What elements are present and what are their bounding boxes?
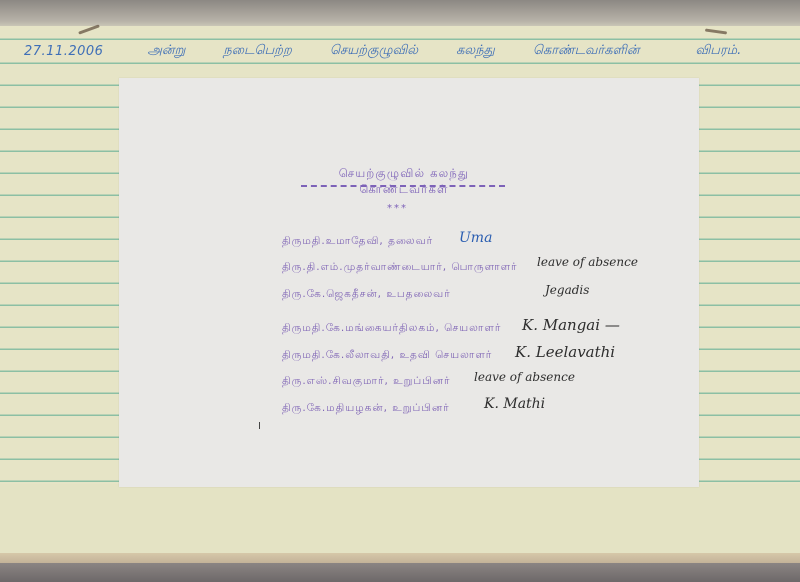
- stray-pen-mark: [259, 422, 260, 429]
- attached-attendance-sheet: செயற்குழுவில் கலந்து கொண்டவர்கள் *** திர…: [119, 78, 699, 487]
- heading-word: கலந்து: [456, 43, 495, 59]
- title-dashed-underline: [301, 185, 505, 187]
- member-entry: திருமதி.கே.மங்கையர்திலகம், செயலாளர்: [282, 322, 501, 335]
- attendance-title: செயற்குழுவில் கலந்து கொண்டவர்கள்: [304, 166, 504, 198]
- member-signature: Uma: [459, 230, 492, 246]
- member-signature: Jegadis: [545, 283, 589, 297]
- member-entry: திரு.தி.எம்.முதர்வாண்டையார், பொருளாளர்: [282, 261, 518, 274]
- member-signature: leave of absence: [537, 255, 638, 269]
- ledger-handwritten-heading: 27.11.2006 அன்று நடைபெற்ற செயற்குழுவில் …: [24, 41, 784, 59]
- separator-stars: ***: [387, 203, 408, 214]
- member-signature: K. Leelavathi: [515, 343, 615, 361]
- heading-word: கொண்டவர்களின்: [533, 43, 640, 59]
- heading-word: செயற்குழுவில்: [330, 43, 418, 59]
- member-entry: திருமதி.உமாதேவி, தலைவர்: [282, 235, 433, 248]
- heading-word: விபரம்.: [695, 43, 741, 59]
- heading-word: நடைபெற்ற: [223, 43, 291, 59]
- member-signature: leave of absence: [474, 370, 575, 384]
- member-entry: திரு.கே.ஜெகதீசன், உபதலைவர்: [282, 288, 451, 301]
- member-entry: திருமதி.கே.லீலாவதி, உதவி செயலாளர்: [282, 349, 492, 362]
- member-signature: K. Mathi: [484, 396, 545, 412]
- meeting-date: 27.11.2006: [24, 44, 103, 59]
- member-entry: திரு.கே.மதியழகன், உறுப்பினர்: [282, 402, 450, 415]
- heading-word: அன்று: [147, 43, 185, 59]
- scan-border-bottom: [0, 563, 800, 582]
- ledger-bottom-margin: [0, 484, 800, 556]
- member-signature: K. Mangai —: [522, 316, 620, 334]
- member-entry: திரு.எஸ்.சிவகுமார், உறுப்பினர்: [282, 375, 450, 388]
